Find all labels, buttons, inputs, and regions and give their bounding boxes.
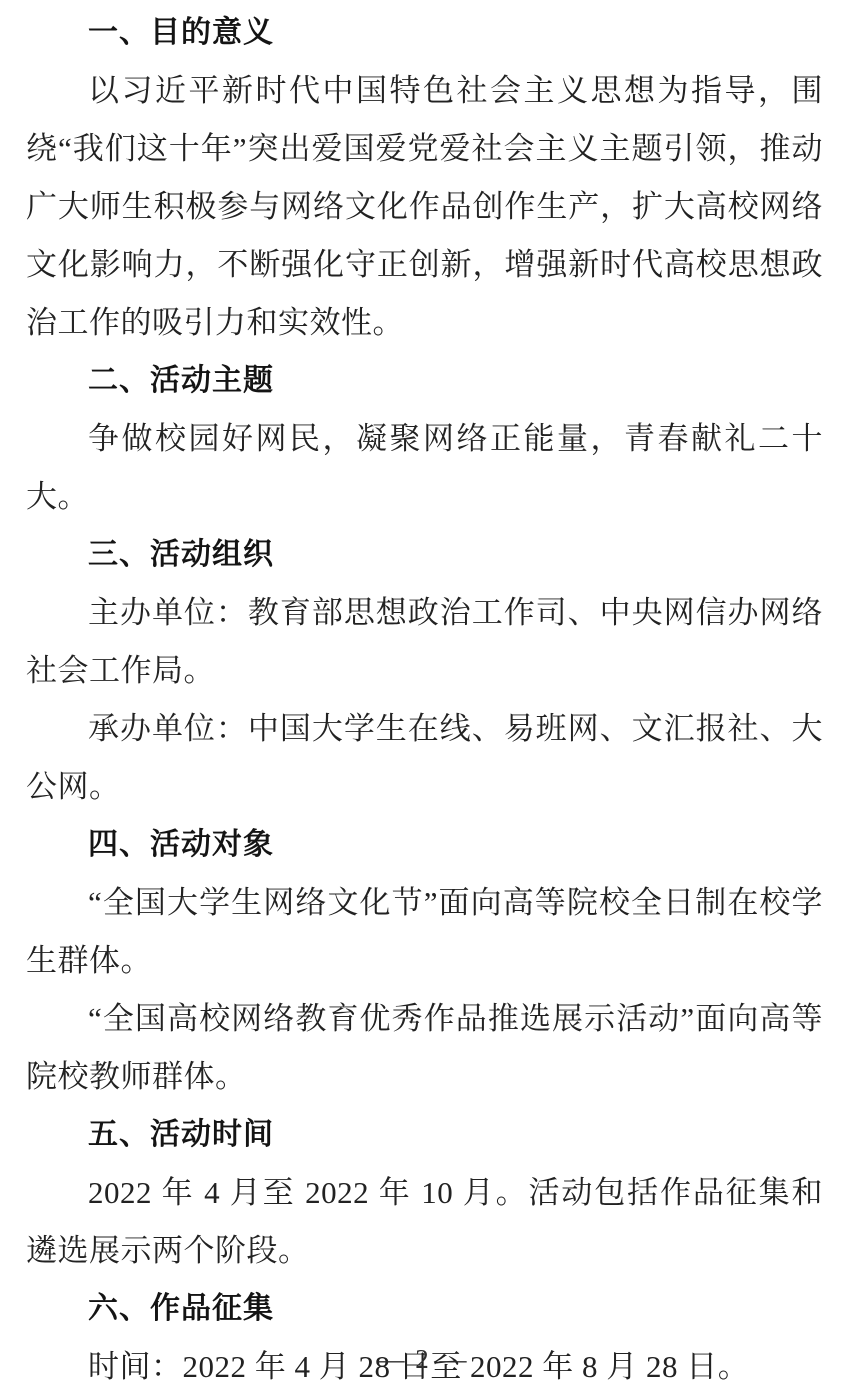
paragraph-purpose: 以习近平新时代中国特色社会主义思想为指导，围绕“我们这十年”突出爱国爱党爱社会主… <box>26 62 823 352</box>
paragraph-schedule: 2022 年 4 月至 2022 年 10 月。活动包括作品征集和遴选展示两个阶… <box>26 1164 823 1280</box>
document-body: 一、目的意义 以习近平新时代中国特色社会主义思想为指导，围绕“我们这十年”突出爱… <box>26 4 823 1389</box>
paragraph-student-participants: “全国大学生网络文化节”面向高等院校全日制在校学生群体。 <box>26 874 823 990</box>
paragraph-teacher-participants: “全国高校网络教育优秀作品推选展示活动”面向高等院校教师群体。 <box>26 990 823 1106</box>
paragraph-organizer-units: 承办单位：中国大学生在线、易班网、文汇报社、大公网。 <box>26 700 823 816</box>
section-heading-schedule: 五、活动时间 <box>26 1106 823 1164</box>
document-page: 一、目的意义 以习近平新时代中国特色社会主义思想为指导，围绕“我们这十年”突出爱… <box>0 0 846 1389</box>
section-heading-organization: 三、活动组织 <box>26 526 823 584</box>
section-heading-participants: 四、活动对象 <box>26 816 823 874</box>
paragraph-theme: 争做校园好网民，凝聚网络正能量，青春献礼二十大。 <box>26 410 823 526</box>
section-heading-theme: 二、活动主题 <box>26 352 823 410</box>
page-number: — 2 — <box>0 1344 846 1375</box>
section-heading-purpose: 一、目的意义 <box>26 4 823 62</box>
paragraph-host-units: 主办单位：教育部思想政治工作司、中央网信办网络社会工作局。 <box>26 584 823 700</box>
section-heading-collection: 六、作品征集 <box>26 1280 823 1338</box>
